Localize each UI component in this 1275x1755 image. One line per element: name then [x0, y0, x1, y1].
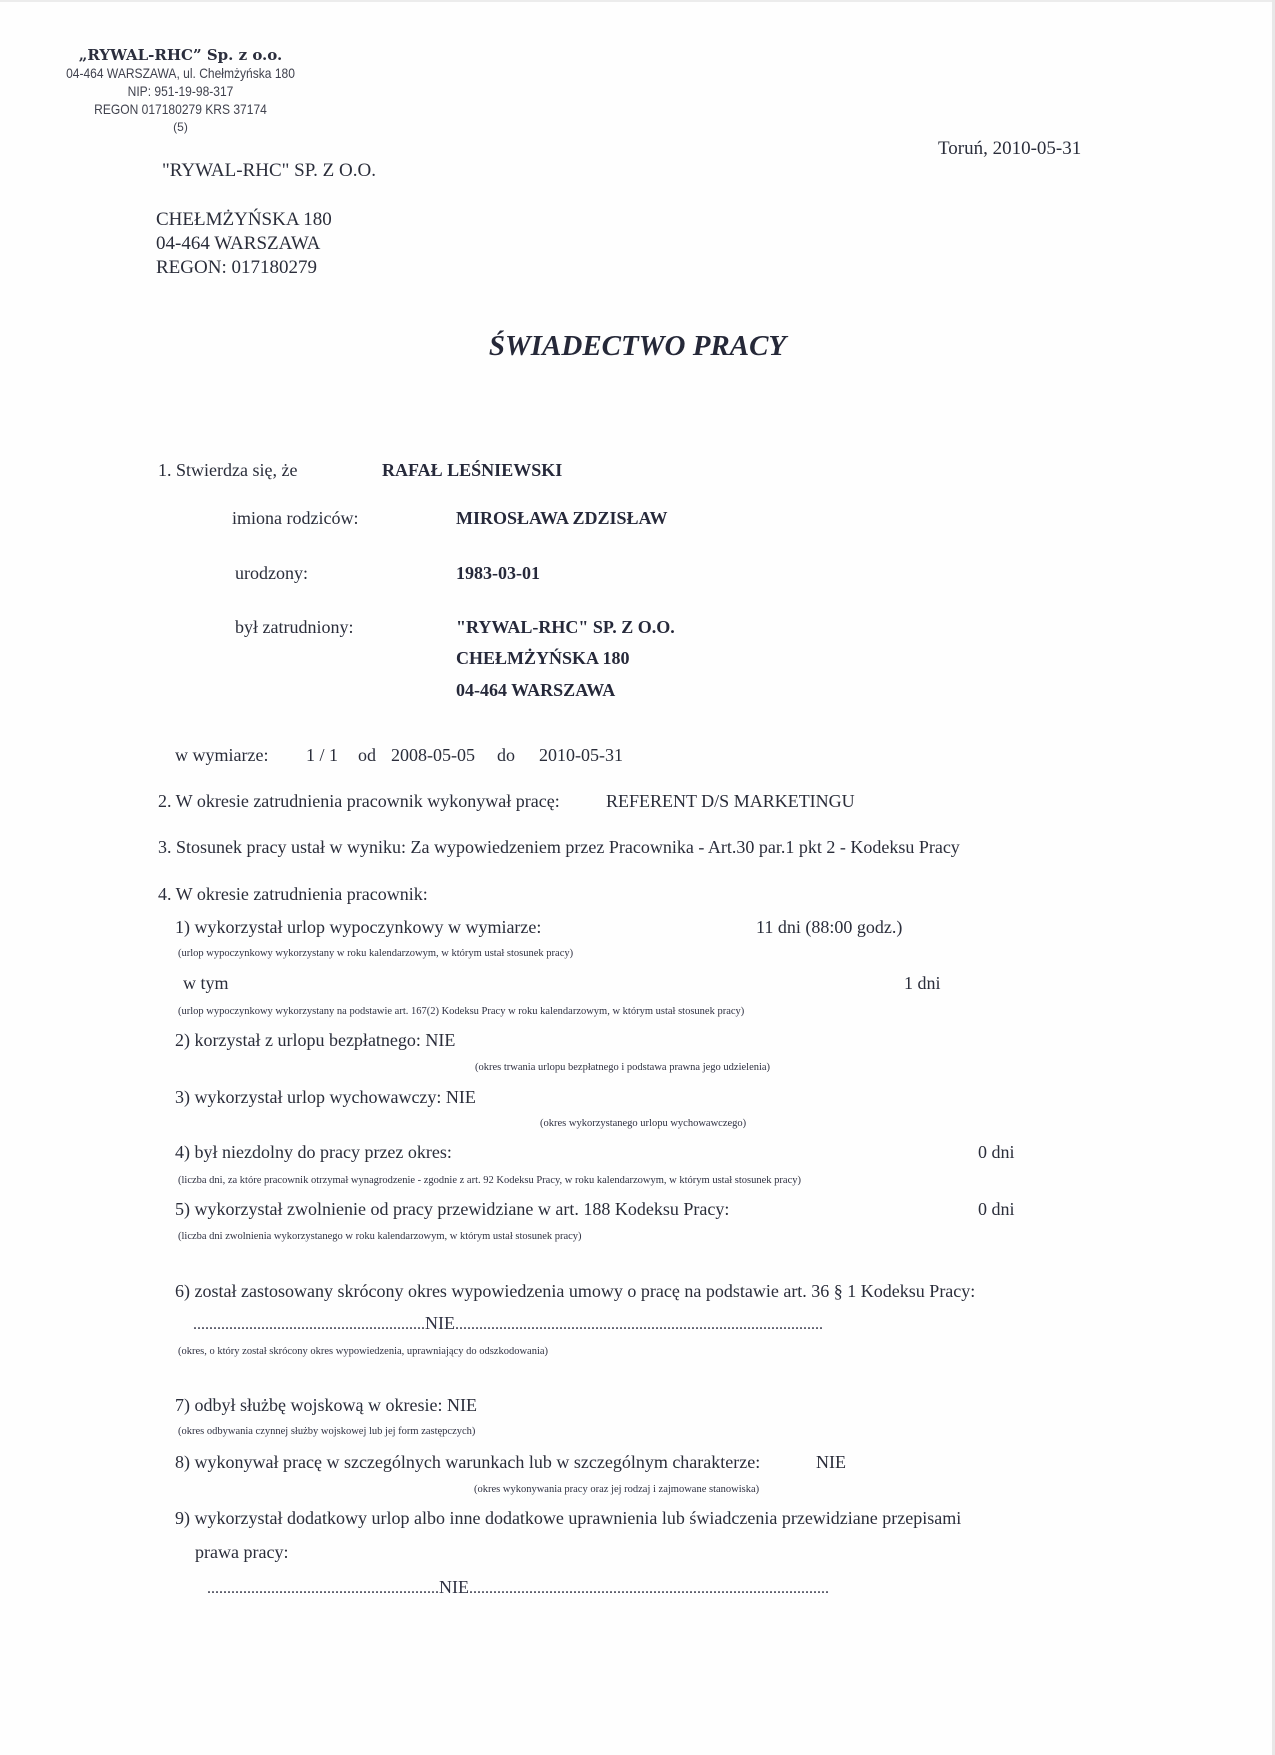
item1-sub-value: 1 dni — [904, 973, 941, 994]
item6-value: NIE — [425, 1313, 455, 1333]
stamp-number: (5) — [38, 118, 323, 136]
from-date: 2008-05-05 — [391, 745, 475, 766]
document-title: ŚWIADECTWO PRACY — [0, 330, 1275, 363]
item1-sub-note: (urlop wypoczynkowy wykorzystany na pods… — [178, 1006, 744, 1017]
employer-name: "RYWAL-RHC" SP. Z O.O. — [162, 160, 376, 182]
stamp-address: 04-464 WARSZAWA, ul. Chełmżyńska 180 — [58, 64, 303, 82]
item7-note: (okres odbywania czynnej służby wojskowe… — [178, 1426, 475, 1437]
item8-value: NIE — [816, 1452, 846, 1473]
dimension-label: w wymiarze: — [175, 745, 268, 766]
item4-note: (liczba dni, za które pracownik otrzymał… — [178, 1175, 801, 1186]
item2-label: 2) korzystał z urlopu bezpłatnego: NIE — [175, 1030, 455, 1051]
section1-label: 1. Stwierdza się, że — [158, 460, 297, 481]
item4-value: 0 dni — [978, 1142, 1015, 1163]
item9-dotted-line: ........................................… — [207, 1577, 829, 1598]
scan-edge-top — [0, 0, 1275, 2]
parents-value: MIROSŁAWA ZDZISŁAW — [456, 508, 668, 529]
dimension-value: 1 / 1 — [306, 745, 338, 766]
employed-label: był zatrudniony: — [235, 617, 353, 638]
item8-note: (okres wykonywania pracy oraz jej rodzaj… — [474, 1484, 759, 1495]
document-page: „RYWAL-RHC” Sp. z o.o. 04-464 WARSZAWA, … — [0, 0, 1275, 1755]
item9-dots-right: ........................................… — [469, 1580, 829, 1597]
section4-label: 4. W okresie zatrudnienia pracownik: — [158, 884, 428, 905]
stamp-company-name: „RYWAL-RHC” Sp. z o.o. — [38, 46, 323, 64]
item9-label-cont: prawa pracy: — [195, 1542, 288, 1563]
item3-label: 3) wykorzystał urlop wychowawczy: NIE — [175, 1087, 476, 1108]
parents-label: imiona rodziców: — [232, 508, 358, 529]
employer-street: CHEŁMŻYŃSKA 180 — [156, 208, 332, 232]
item8-label: 8) wykonywał pracę w szczególnych warunk… — [175, 1452, 760, 1473]
job-title: REFERENT D/S MARKETINGU — [606, 791, 855, 812]
employed-line-2: CHEŁMŻYŃSKA 180 — [456, 648, 630, 669]
from-label: od — [358, 745, 376, 766]
stamp-regon-krs: REGON 017180279 KRS 37174 — [58, 100, 303, 118]
employed-line-1: "RYWAL-RHC" SP. Z O.O. — [456, 617, 675, 638]
employer-address: CHEŁMŻYŃSKA 180 04-464 WARSZAWA REGON: 0… — [156, 208, 332, 280]
item1-note: (urlop wypoczynkowy wykorzystany w roku … — [178, 948, 573, 959]
place-and-date: Toruń, 2010-05-31 — [938, 138, 1081, 160]
employee-name: RAFAŁ LEŚNIEWSKI — [382, 460, 562, 481]
item9-label: 9) wykorzystał dodatkowy urlop albo inne… — [175, 1508, 961, 1529]
item1-value: 11 dni (88:00 godz.) — [756, 917, 902, 938]
stamp-nip: NIP: 951-19-98-317 — [58, 82, 303, 100]
employer-city: 04-464 WARSZAWA — [156, 232, 332, 256]
item6-dotted-line: ........................................… — [193, 1313, 823, 1334]
item9-value: NIE — [439, 1577, 469, 1597]
born-value: 1983-03-01 — [456, 563, 540, 584]
employed-line-3: 04-464 WARSZAWA — [456, 680, 615, 701]
item9-dots-left: ........................................… — [207, 1580, 439, 1597]
item6-note: (okres, o który został skrócony okres wy… — [178, 1346, 548, 1357]
item5-value: 0 dni — [978, 1199, 1015, 1220]
section3-termination: 3. Stosunek pracy ustał w wyniku: Za wyp… — [158, 837, 960, 858]
item5-label: 5) wykorzystał zwolnienie od pracy przew… — [175, 1199, 729, 1220]
item6-label: 6) został zastosowany skrócony okres wyp… — [175, 1281, 975, 1302]
item6-dots-left: ........................................… — [193, 1316, 425, 1333]
item6-dots-right: ........................................… — [455, 1316, 823, 1333]
to-date: 2010-05-31 — [539, 745, 623, 766]
employer-regon: REGON: 017180279 — [156, 256, 332, 280]
item5-note: (liczba dni zwolnienia wykorzystanego w … — [178, 1231, 582, 1242]
born-label: urodzony: — [235, 563, 308, 584]
item4-label: 4) był niezdolny do pracy przez okres: — [175, 1142, 452, 1163]
to-label: do — [497, 745, 515, 766]
item7-label: 7) odbył służbę wojskową w okresie: NIE — [175, 1395, 477, 1416]
item3-note: (okres wykorzystanego urlopu wychowawcze… — [540, 1118, 746, 1129]
item1-label: 1) wykorzystał urlop wypoczynkowy w wymi… — [175, 917, 541, 938]
company-stamp: „RYWAL-RHC” Sp. z o.o. 04-464 WARSZAWA, … — [38, 46, 323, 136]
section2-label: 2. W okresie zatrudnienia pracownik wyko… — [158, 791, 560, 812]
item2-note: (okres trwania urlopu bezpłatnego i pods… — [475, 1062, 770, 1073]
item1-sub-label: w tym — [183, 973, 229, 994]
